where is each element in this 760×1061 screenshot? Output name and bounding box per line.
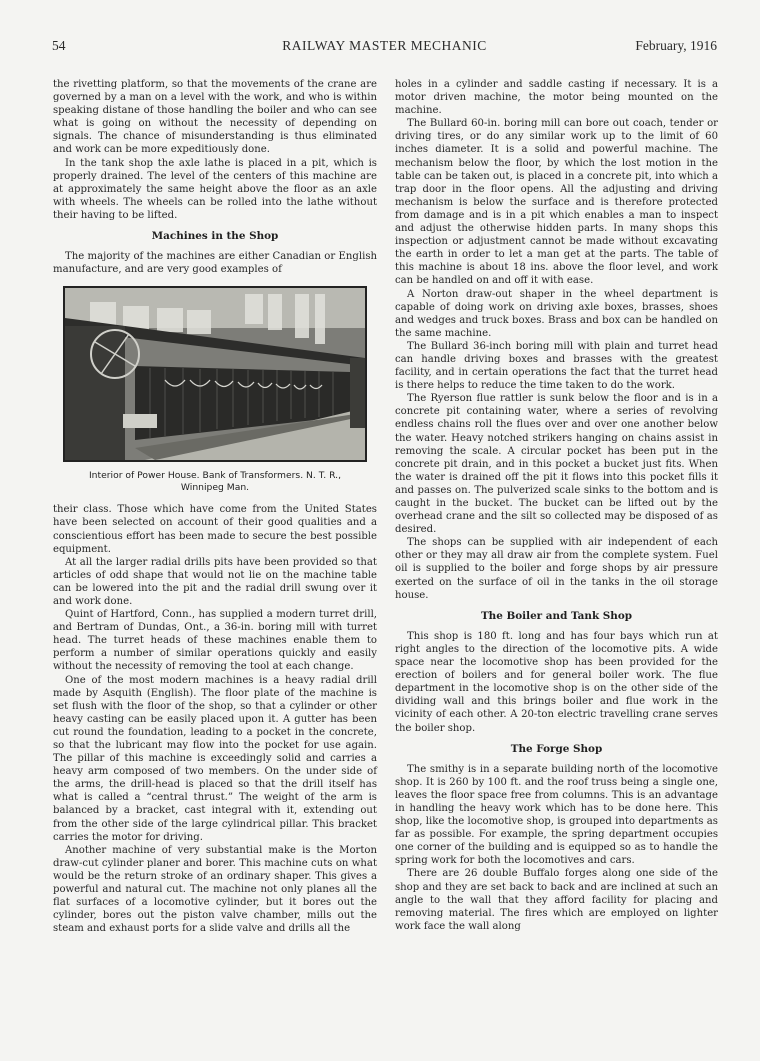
caption-line: Winnipeg Man.: [53, 482, 377, 494]
paragraph: The smithy is in a separate building nor…: [395, 763, 718, 868]
left-column: the rivetting platform, so that the move…: [53, 78, 377, 935]
paragraph: At all the larger radial drills pits hav…: [53, 556, 377, 608]
photo-illustration: [65, 288, 365, 460]
paragraph: There are 26 double Buffalo forges along…: [395, 867, 718, 932]
paragraph: Quint of Hartford, Conn., has supplied a…: [53, 608, 377, 673]
paragraph: Another machine of very substantial make…: [53, 844, 377, 936]
paragraph: One of the most modern machines is a hea…: [53, 674, 377, 844]
right-column: holes in a cylinder and saddle casting i…: [395, 78, 718, 933]
page-header: 54 RAILWAY MASTER MECHANIC February, 191…: [52, 38, 717, 58]
figure-caption: Interior of Power House. Bank of Transfo…: [53, 470, 377, 494]
paragraph: The Bullard 36-inch boring mill with pla…: [395, 340, 718, 392]
paragraph: The shops can be supplied with air indep…: [395, 536, 718, 601]
photo-power-house-transformers: [63, 286, 367, 462]
section-heading-boiler-tank-shop: The Boiler and Tank Shop: [395, 610, 718, 623]
paragraph: The Ryerson flue rattler is sunk below t…: [395, 392, 718, 536]
paragraph: The Bullard 60-in. boring mill can bore …: [395, 117, 718, 287]
paragraph: In the tank shop the axle lathe is place…: [53, 157, 377, 222]
caption-line: Interior of Power House. Bank of Transfo…: [53, 470, 377, 482]
journal-title: RAILWAY MASTER MECHANIC: [52, 38, 717, 54]
section-heading-forge-shop: The Forge Shop: [395, 743, 718, 756]
paragraph: their class. Those which have come from …: [53, 503, 377, 555]
paragraph: holes in a cylinder and saddle casting i…: [395, 78, 718, 117]
paragraph: The majority of the machines are either …: [53, 250, 377, 276]
section-heading-machines: Machines in the Shop: [53, 230, 377, 243]
issue-date: February, 1916: [635, 38, 717, 54]
paragraph: This shop is 180 ft. long and has four b…: [395, 630, 718, 735]
magazine-page: 54 RAILWAY MASTER MECHANIC February, 191…: [0, 0, 760, 1061]
paragraph: the rivetting platform, so that the move…: [53, 78, 377, 157]
paragraph: A Norton draw-out shaper in the wheel de…: [395, 288, 718, 340]
